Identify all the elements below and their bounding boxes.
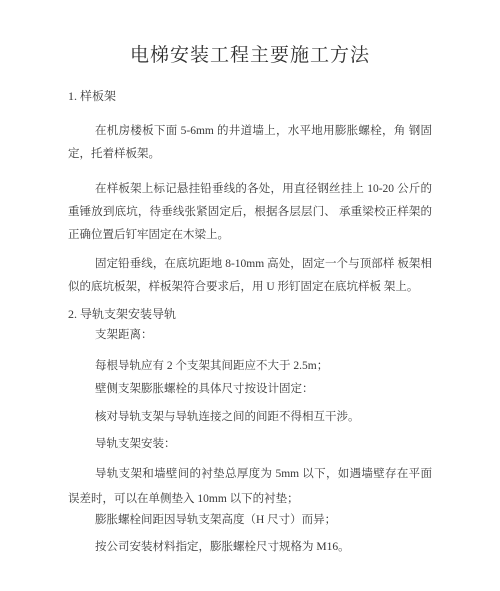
section-2-heading: 2. 导轨支架安装导轨 [68, 307, 432, 322]
section-2-item-bracket-distance-label: 支架距离： [68, 328, 432, 343]
document-body: 1. 样板架 在机房楼板下面 5-6mm 的井道墙上，水平地用膨胀螺栓，角 钢固… [68, 89, 432, 555]
document-page: 电梯安装工程主要施工方法 1. 样板架 在机房楼板下面 5-6mm 的井道墙上，… [0, 0, 500, 591]
document-title: 电梯安装工程主要施工方法 [0, 42, 500, 70]
section-1-heading: 1. 样板架 [68, 89, 432, 104]
section-2-item-bracket-spacing: 每根导轨应有 2 个支架其间距应不大于 2.5m； [68, 359, 432, 374]
section-2-item-bolt-spacing: 膨胀螺栓间距因导轨支架高度（H 尺寸）而异； [68, 513, 432, 528]
section-2-item-wall-bracket-bolt: 壁侧支架膨胀螺栓的具体尺寸按设计固定： [68, 382, 432, 397]
section-2-item-bracket-install-label: 导轨支架安装： [68, 437, 432, 452]
section-2-item-shim-thickness: 导轨支架和墙壁间的衬垫总厚度为 5mm 以下，如遇墙壁存在平面 误差时，可以在单… [68, 462, 432, 512]
section-1-paragraph-2: 在样板架上标记悬挂铅垂线的各处，用直径钢丝挂上 10-20 公斤的重锤放到底坑，… [68, 178, 432, 247]
section-1-paragraph-3: 固定铅垂线，在底坑距地 8-10mm 高处，固定一个与顶部样 板架相似的底坑板架… [68, 253, 432, 299]
section-2-item-bolt-spec: 按公司安装材料指定，膨胀螺栓尺寸规格为 M16。 [68, 540, 432, 555]
section-1-paragraph-1: 在机房楼板下面 5-6mm 的井道墙上，水平地用膨胀螺栓，角 钢固定，托着样板架… [68, 120, 432, 166]
section-2-item-check-clearance: 核对导轨支架与导轨连接之间的间距不得相互干涉。 [68, 410, 432, 425]
